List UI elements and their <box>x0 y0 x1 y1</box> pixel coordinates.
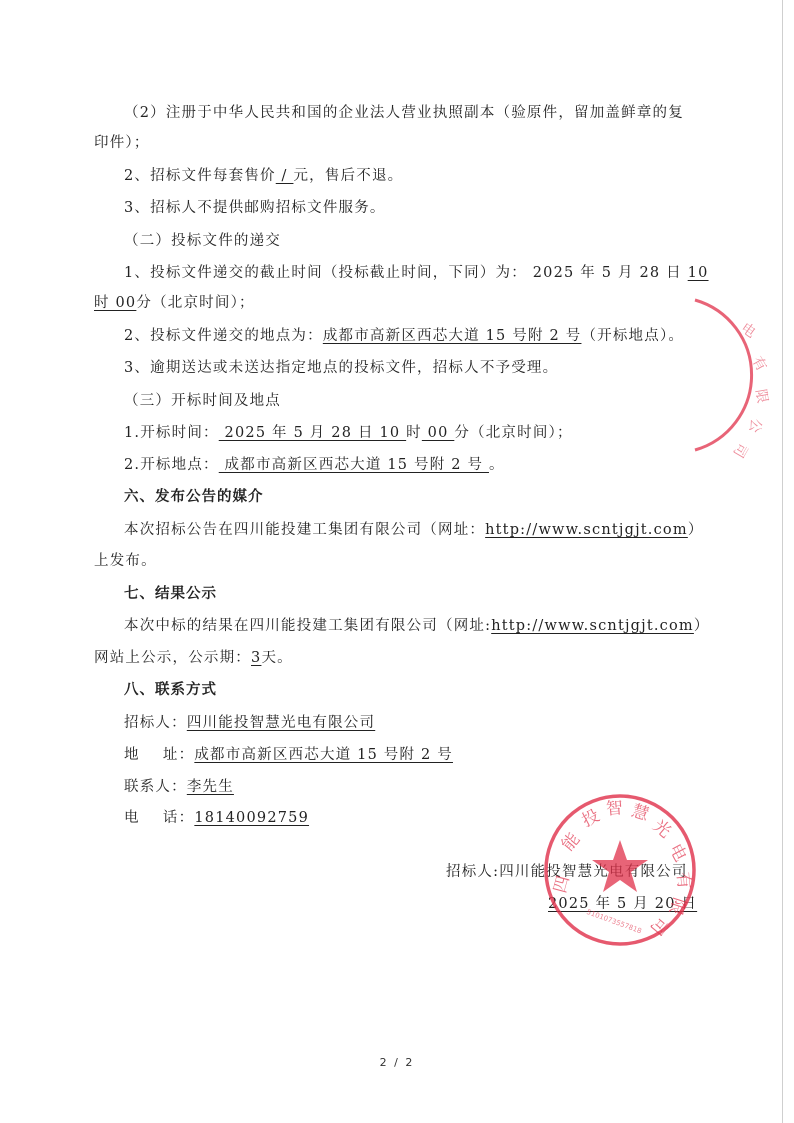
partial-seal-stamp: 电 有 限 公 司 <box>690 290 790 460</box>
price-value: / <box>276 168 294 184</box>
contact-value: 成都市高新区西芯大道 15 号附 2 号 <box>194 747 453 763</box>
text: 本次中标的结果在四川能投建工集团有限公司（网址: <box>124 618 491 634</box>
late-submission-rule: 3、逾期送达或未送达指定地点的投标文件，招标人不予受理。 <box>124 358 558 378</box>
text: 分（北京时间）； <box>136 295 254 311</box>
website-link[interactable]: http://www.scntjgjt.com <box>485 522 688 538</box>
svg-text:公: 公 <box>746 417 764 434</box>
text: 1.开标时间： <box>124 425 219 441</box>
page-edge-line <box>782 0 783 1123</box>
text: 时 <box>406 425 422 441</box>
section-8-heading: 八、联系方式 <box>124 680 217 700</box>
requirement-business-license: （2）注册于中华人民共和国的企业法人营业执照副本（验原件，留加盖鲜章的复 <box>124 103 684 123</box>
contact-value: 18140092759 <box>194 810 309 826</box>
text: （开标地点）。 <box>581 328 684 344</box>
opening-date: 2025 年 5 月 28 日 10 <box>219 425 406 441</box>
opening-location-value: 成都市高新区西芯大道 15 号附 2 号 <box>219 457 489 473</box>
deadline-minute: 时 00 <box>94 295 136 311</box>
text: 本次招标公告在四川能投建工集团有限公司（网址： <box>124 522 485 538</box>
text: 天。 <box>261 650 292 666</box>
opening-minute: 00 <box>422 425 454 441</box>
submission-deadline: 1、投标文件递交的截止时间（投标截止时间，下同）为： 2025 年 5 月 28… <box>124 263 709 283</box>
svg-text:投: 投 <box>578 805 603 832</box>
page-number: 2 / 2 <box>0 1056 794 1069</box>
svg-text:限: 限 <box>752 388 770 405</box>
section-7-text: 本次中标的结果在四川能投建工集团有限公司（网址:http://www.scntj… <box>124 616 710 636</box>
contact-value: 四川能投智慧光电有限公司 <box>187 715 375 731</box>
text: （2）注册于中华人民共和国的企业法人营业执照副本（验原件，留加盖鲜章的复 <box>124 105 684 121</box>
svg-text:司: 司 <box>646 913 672 939</box>
contact-tenderer: 招标人：四川能投智慧光电有限公司 <box>124 713 375 733</box>
section-6-heading: 六、发布公告的媒介 <box>124 487 264 507</box>
opening-location: 2.开标地点： 成都市高新区西芯大道 15 号附 2 号 。 <box>124 455 505 475</box>
section-6-text: 本次招标公告在四川能投建工集团有限公司（网址：http://www.scntjg… <box>124 520 704 540</box>
text: （三）开标时间及地点 <box>124 393 281 409</box>
subsection-submission-heading: （二）投标文件的递交 <box>124 231 281 251</box>
text: 分（北京时间）； <box>454 425 572 441</box>
text: 2.开标地点： <box>124 457 219 473</box>
text: 2、招标文件每套售价 <box>124 168 276 184</box>
contact-address: 地 址：成都市高新区西芯大道 15 号附 2 号 <box>124 745 453 765</box>
svg-text:电: 电 <box>738 319 759 341</box>
text: 1、投标文件递交的截止时间（投标截止时间，下同）为： 2025 年 5 月 28… <box>124 265 688 281</box>
text: ） <box>688 522 704 538</box>
section-7-text-cont: 网站上公示，公示期：3天。 <box>94 648 293 668</box>
text: 印件）； <box>94 135 150 151</box>
document-page: （2）注册于中华人民共和国的企业法人营业执照副本（验原件，留加盖鲜章的复 印件）… <box>0 0 794 1123</box>
contact-value: 李先生 <box>187 779 234 795</box>
requirement-business-license-cont: 印件）； <box>94 133 150 153</box>
contact-label: 招标人： <box>124 715 187 731</box>
no-mail-service: 3、招标人不提供邮购招标文件服务。 <box>124 198 386 218</box>
svg-text:智: 智 <box>605 798 624 819</box>
section-6-text-cont: 上发布。 <box>94 551 157 571</box>
svg-text:光: 光 <box>649 816 675 842</box>
text: 3、逾期送达或未送达指定地点的投标文件，招标人不予受理。 <box>124 360 558 376</box>
svg-text:司: 司 <box>730 440 751 460</box>
bid-doc-price: 2、招标文件每套售价 / 元，售后不退。 <box>124 166 403 186</box>
subsection-opening-heading: （三）开标时间及地点 <box>124 391 281 411</box>
submission-location: 2、投标文件递交的地点为：成都市高新区西芯大道 15 号附 2 号（开标地点）。 <box>124 326 684 346</box>
text: 元，售后不退。 <box>293 168 403 184</box>
signature-company: 四川能投智慧光电有限公司 <box>499 864 687 880</box>
section-7-heading: 七、结果公示 <box>124 584 217 604</box>
text: 2、投标文件递交的地点为： <box>124 328 323 344</box>
publicity-period: 3 <box>251 650 261 666</box>
text: ） <box>694 618 710 634</box>
text: （二）投标文件的递交 <box>124 233 281 249</box>
contact-label: 联系人： <box>124 779 187 795</box>
contact-phone: 电 话：18140092759 <box>124 808 309 828</box>
location-value: 成都市高新区西芯大道 15 号附 2 号 <box>323 328 582 344</box>
website-link[interactable]: http://www.scntjgjt.com <box>491 618 694 634</box>
svg-text:有: 有 <box>749 354 770 374</box>
contact-label: 电 话： <box>124 810 194 826</box>
opening-time: 1.开标时间： 2025 年 5 月 28 日 10 时 00 分（北京时间）； <box>124 423 573 443</box>
signature-tenderer: 招标人:四川能投智慧光电有限公司 <box>446 860 688 881</box>
deadline-hour: 10 <box>688 265 709 281</box>
contact-label: 地 址： <box>124 747 194 763</box>
submission-deadline-cont: 时 00分（北京时间）； <box>94 293 255 313</box>
svg-text:慧: 慧 <box>629 801 651 825</box>
text: 3、招标人不提供邮购招标文件服务。 <box>124 200 386 216</box>
contact-person: 联系人：李先生 <box>124 777 234 797</box>
signature-date: 2025 年 5 月 20 日 <box>548 892 697 913</box>
svg-text:能: 能 <box>558 829 584 855</box>
signature-label: 招标人: <box>446 864 499 880</box>
text: 。 <box>489 457 505 473</box>
text: 网站上公示，公示期： <box>94 650 251 666</box>
